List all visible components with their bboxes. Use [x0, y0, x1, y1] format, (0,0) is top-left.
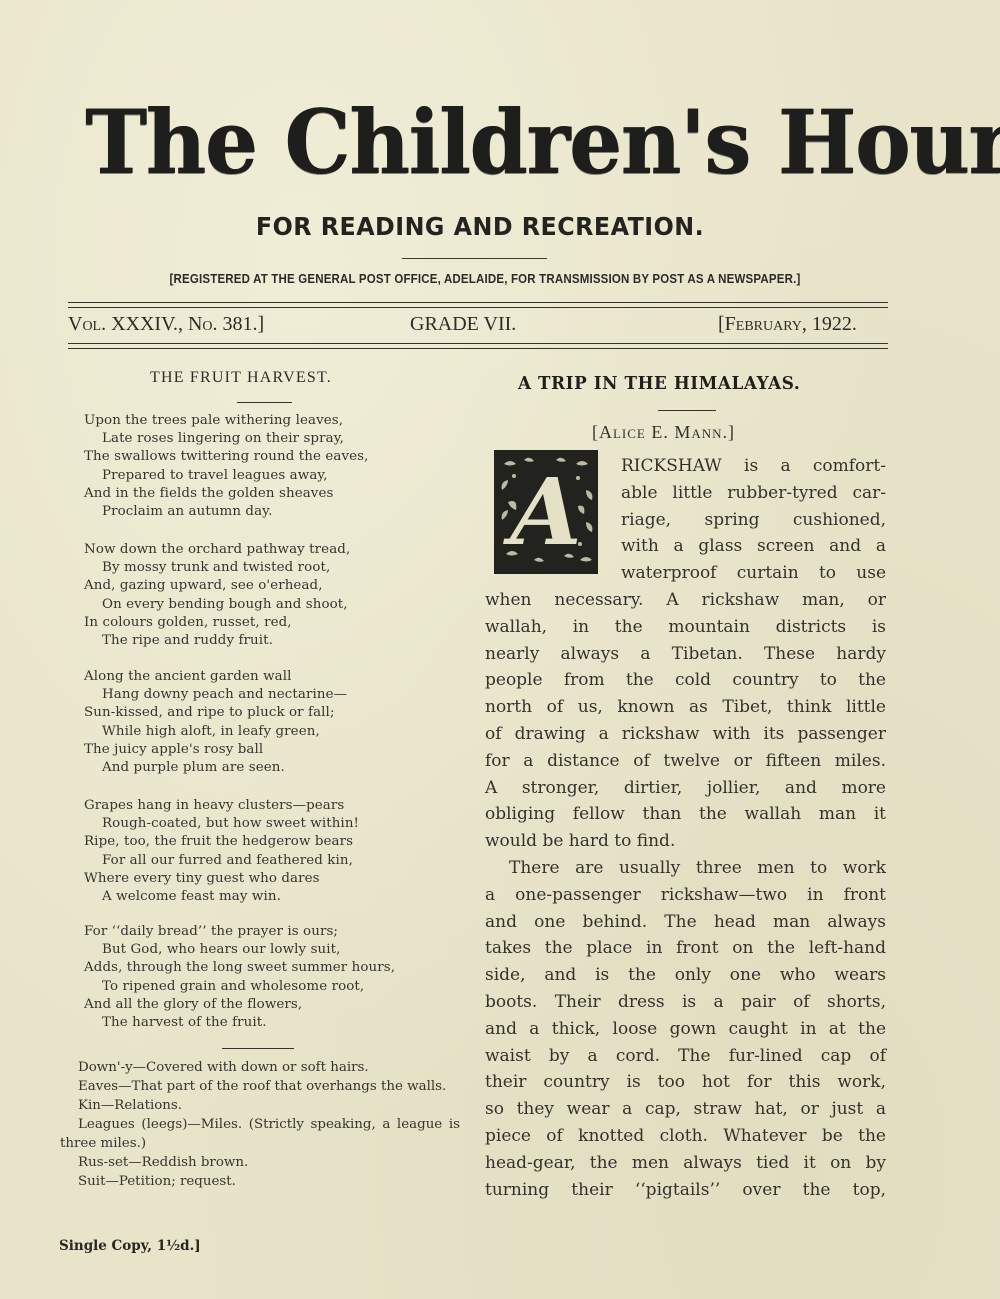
article-byline: [Alice E. Mann.] — [592, 422, 735, 443]
poem-line: Where every tiny guest who dares — [84, 870, 359, 888]
article-line: takes the place in front on the left-han… — [485, 935, 886, 962]
poem-line: A welcome feast may win. — [84, 888, 359, 906]
article-line: would be hard to find. — [485, 828, 886, 855]
poem-line: But God, who hears our lowly suit, — [84, 941, 395, 959]
top-rule-2 — [68, 307, 888, 308]
poem-line: Ripe, too, the fruit the hedgerow bears — [84, 833, 359, 851]
poem-line: The ripe and ruddy fruit. — [84, 632, 350, 650]
issue-volume: Vol. XXXIV., No. 381.] — [68, 313, 264, 336]
article-line: north of us, known as Tibet, think littl… — [485, 694, 886, 721]
glossary-entry: Rus-set—Reddish brown. — [60, 1153, 460, 1172]
poem-stanza-4: Grapes hang in heavy clusters—pears Roug… — [84, 797, 359, 906]
poem-line: And in the fields the golden sheaves — [84, 485, 368, 503]
issue-rule-2 — [68, 348, 888, 349]
glossary-entry: Down'-y—Covered with down or soft hairs. — [60, 1058, 460, 1077]
article-line: when necessary. A rickshaw man, or — [485, 587, 886, 614]
article-line: so they wear a cap, straw hat, or just a — [485, 1096, 886, 1123]
article-line: with a glass screen and a — [485, 533, 886, 560]
issue-rule-1 — [68, 343, 888, 344]
poem-line: Upon the trees pale withering leaves, — [84, 412, 368, 430]
article-line: waterproof curtain to use — [485, 560, 886, 587]
poem-line: And purple plum are seen. — [84, 759, 347, 777]
article-line: able little rubber-tyred car- — [485, 480, 886, 507]
article-title: A TRIP IN THE HIMALAYAS. — [518, 374, 800, 394]
poem-line: The juicy apple's rosy ball — [84, 741, 347, 759]
poem-line: In colours golden, russet, red, — [84, 614, 350, 632]
poem-line: Hang downy peach and nectarine— — [84, 686, 347, 704]
glossary-entry: Leagues (leegs)—Miles. (Strictly speakin… — [60, 1115, 460, 1153]
poem-line: And all the glory of the flowers, — [84, 996, 395, 1014]
article-line: a one-passenger rickshaw—two in front — [485, 882, 886, 909]
article-line: waist by a cord. The fur-lined cap of — [485, 1043, 886, 1070]
poem-line: To ripened grain and wholesome root, — [84, 978, 395, 996]
poem-line: Sun-kissed, and ripe to pluck or fall; — [84, 704, 347, 722]
article-line: for a distance of twelve or fifteen mile… — [485, 748, 886, 775]
poem-title: THE FRUIT HARVEST. — [150, 369, 332, 387]
newspaper-page: The Children's Hour FOR READING AND RECR… — [0, 0, 1000, 1299]
article-line: and one behind. The head man always — [485, 909, 886, 936]
poem-line: The swallows twittering round the eaves, — [84, 448, 368, 466]
masthead-divider — [402, 258, 547, 259]
poem-line: While high aloft, in leafy green, — [84, 723, 347, 741]
poem-line: Adds, through the long sweet summer hour… — [84, 959, 395, 977]
glossary-entry: Suit—Petition; request. — [60, 1172, 460, 1191]
masthead-subtitle: FOR READING AND RECREATION. — [24, 212, 936, 241]
poem-line: Late roses lingering on their spray, — [84, 430, 368, 448]
article-line: people from the cold country to the — [485, 667, 886, 694]
poem-line: And, gazing upward, see o'erhead, — [84, 577, 350, 595]
poem-stanza-3: Along the ancient garden wall Hang downy… — [84, 668, 347, 777]
poem-line: On every bending bough and shoot, — [84, 596, 350, 614]
article-line: side, and is the only one who wears — [485, 962, 886, 989]
issue-date: [February, 1922. — [718, 313, 857, 336]
poem-line: For ‘‘daily bread’’ the prayer is ours; — [84, 923, 395, 941]
article-line: head-gear, the men always tied it on by — [485, 1150, 886, 1177]
poem-line: By mossy trunk and twisted root, — [84, 559, 350, 577]
article-line: obliging fellow than the wallah man it — [485, 801, 886, 828]
poem-line: Prepared to travel leagues away, — [84, 467, 368, 485]
registration-notice: [REGISTERED AT THE GENERAL POST OFFICE, … — [122, 272, 849, 286]
article-line: wallah, in the mountain districts is — [485, 614, 886, 641]
article-line: piece of knotted cloth. Whatever be the — [485, 1123, 886, 1150]
glossary: Down'-y—Covered with down or soft hairs.… — [60, 1058, 460, 1191]
article-line: their country is too hot for this work, — [485, 1069, 886, 1096]
poem-line: Grapes hang in heavy clusters—pears — [84, 797, 359, 815]
article-line: and a thick, loose gown caught in at the — [485, 1016, 886, 1043]
poem-stanza-1: Upon the trees pale withering leaves, La… — [84, 412, 368, 521]
poem-line: The harvest of the fruit. — [84, 1014, 395, 1032]
masthead-title: The Children's Hour — [85, 92, 828, 192]
glossary-entry: Kin—Relations. — [60, 1096, 460, 1115]
issue-grade: GRADE VII. — [410, 313, 516, 336]
article-line: There are usually three men to work — [485, 855, 886, 882]
poem-line: Proclaim an autumn day. — [84, 503, 368, 521]
article-body: RICKSHAW is a comfort- able little rubbe… — [485, 453, 886, 1203]
glossary-rule — [222, 1048, 294, 1049]
poem-line: Now down the orchard pathway tread, — [84, 541, 350, 559]
article-line: A stronger, dirtier, jollier, and more — [485, 775, 886, 802]
top-rule-1 — [68, 302, 888, 303]
single-copy-price: Single Copy, 1½d.] — [59, 1238, 201, 1254]
poem-stanza-2: Now down the orchard pathway tread, By m… — [84, 541, 350, 650]
article-line: nearly always a Tibetan. These hardy — [485, 641, 886, 668]
article-line: turning their ‘‘pigtails’’ over the top, — [485, 1177, 886, 1204]
article-title-rule — [658, 410, 716, 411]
article-line: of drawing a rickshaw with its passenger — [485, 721, 886, 748]
article-line: boots. Their dress is a pair of shorts, — [485, 989, 886, 1016]
poem-line: Along the ancient garden wall — [84, 668, 347, 686]
poem-line: Rough-coated, but how sweet within! — [84, 815, 359, 833]
article-line: riage, spring cushioned, — [485, 507, 886, 534]
poem-stanza-5: For ‘‘daily bread’’ the prayer is ours; … — [84, 923, 395, 1032]
poem-title-rule — [237, 402, 292, 403]
glossary-entry: Eaves—That part of the roof that overhan… — [60, 1077, 460, 1096]
article-line: RICKSHAW is a comfort- — [485, 453, 886, 480]
poem-line: For all our furred and feathered kin, — [84, 852, 359, 870]
